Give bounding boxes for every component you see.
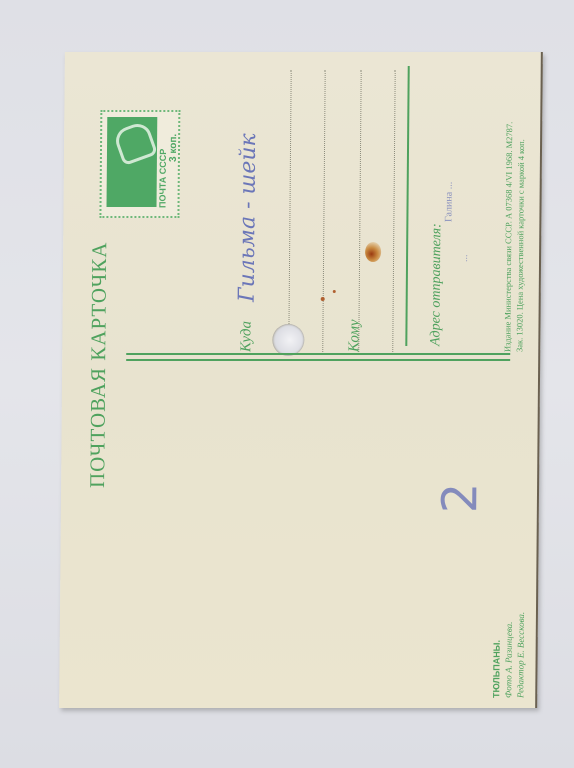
whom-label: Кому xyxy=(346,319,363,352)
postcard: ПОЧТА СССР 3 коп. ПОЧТОВАЯ КАРТОЧКА Куда… xyxy=(59,52,543,708)
stamp-image xyxy=(107,117,158,207)
postcard-title: ПОЧТОВАЯ КАРТОЧКА xyxy=(85,242,112,488)
divider-line-top xyxy=(126,353,510,355)
address-line-2 xyxy=(322,70,325,352)
address-line-1 xyxy=(288,70,291,338)
credits-photo: Фото А. Разинцева. xyxy=(503,622,514,698)
stain xyxy=(365,242,381,262)
address-line-3 xyxy=(358,70,361,352)
sender-label: Адрес отправителя: xyxy=(428,223,445,346)
postage-stamp: ПОЧТА СССР 3 коп. xyxy=(99,110,180,218)
sender-value: Галина ... xyxy=(443,182,454,222)
stamp-figure-icon xyxy=(112,120,158,166)
punch-hole xyxy=(272,324,304,356)
address-line-4 xyxy=(392,70,395,352)
publisher-line-1: Издание Министерства связи СССР. А 07368… xyxy=(502,122,514,352)
credits-title: ТЮЛЬПАНЫ. xyxy=(491,640,502,698)
speck xyxy=(333,290,336,293)
to-value: Гильма - шейк xyxy=(235,133,261,302)
divider-line-bottom xyxy=(126,359,510,361)
credits-editor: Редактор Е. Весскова. xyxy=(515,612,526,698)
sender-value-line2: ... xyxy=(459,255,470,263)
publisher-line-2: Зак. 13020. Цена художественной карточки… xyxy=(514,139,526,352)
sender-divider-line xyxy=(405,66,409,346)
stamp-value: 3 коп. xyxy=(168,134,179,162)
speck xyxy=(321,297,325,301)
to-label: Куда xyxy=(238,321,255,352)
stamp-country: ПОЧТА СССР xyxy=(158,149,169,208)
handwritten-number: 2 xyxy=(432,483,488,514)
